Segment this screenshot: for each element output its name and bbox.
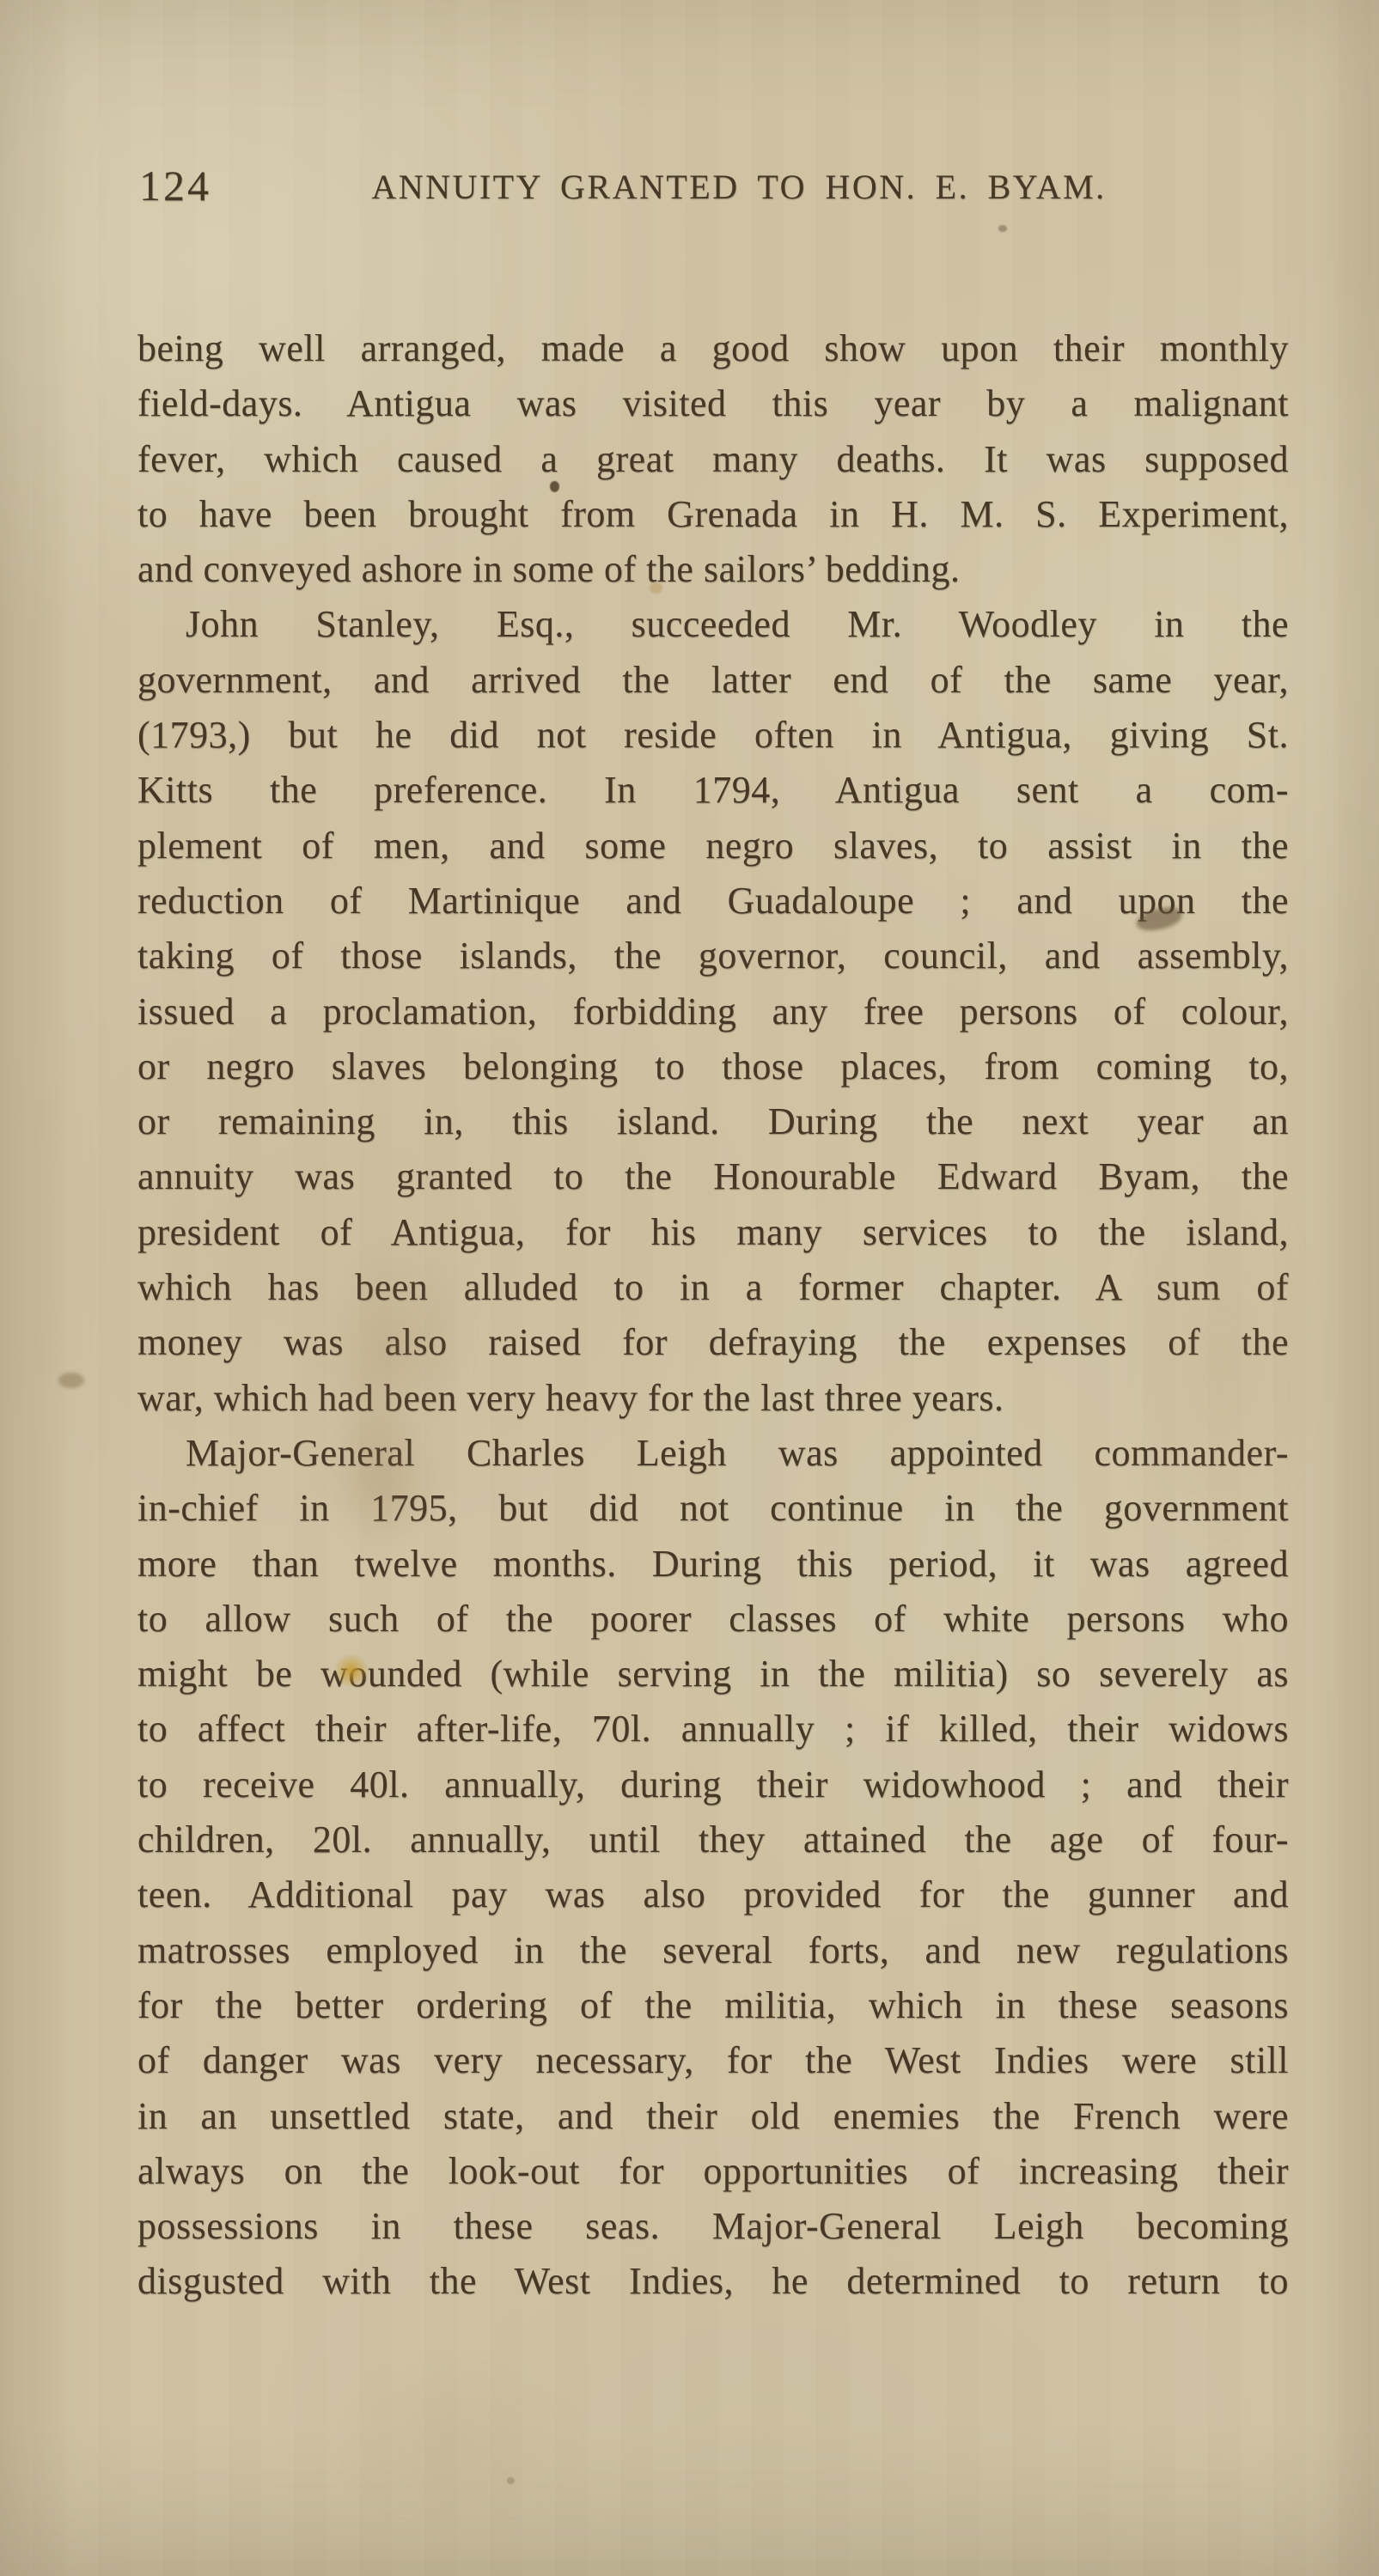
text-line: field-days. Antigua was visited this yea… bbox=[137, 376, 1289, 431]
text-line: fever, which caused a great many deaths.… bbox=[137, 432, 1289, 487]
text-line: John Stanley, Esq., succeeded Mr. Woodle… bbox=[137, 597, 1289, 652]
page-header: 124 ANNUITY GRANTED TO HON. E. BYAM. bbox=[137, 158, 1289, 220]
text-line: disgusted with the West Indies, he deter… bbox=[137, 2254, 1289, 2309]
text-line: and conveyed ashore in some of the sailo… bbox=[137, 542, 1289, 597]
text-line: of danger was very necessary, for the We… bbox=[137, 2033, 1289, 2088]
text-line: children, 20l. annually, until they atta… bbox=[137, 1812, 1289, 1867]
speck-top-right bbox=[998, 225, 1007, 232]
text-line: might be wounded (while serving in the m… bbox=[137, 1647, 1289, 1702]
text-line: government, and arrived the latter end o… bbox=[137, 653, 1289, 708]
text-line: being well arranged, made a good show up… bbox=[137, 321, 1289, 376]
text-line: or negro slaves belonging to those place… bbox=[137, 1039, 1289, 1094]
text-line: plement of men, and some negro slaves, t… bbox=[137, 819, 1289, 874]
text-line: war, which had been very heavy for the l… bbox=[137, 1371, 1289, 1426]
text-line: to receive 40l. annually, during their w… bbox=[137, 1757, 1289, 1812]
text-line: which has been alluded to in a former ch… bbox=[137, 1260, 1289, 1315]
text-line: president of Antigua, for his many servi… bbox=[137, 1205, 1289, 1260]
speck-bottom bbox=[507, 2477, 515, 2484]
scanned-book-page: 124 ANNUITY GRANTED TO HON. E. BYAM. bei… bbox=[0, 0, 1379, 2576]
text-line: annuity was granted to the Honourable Ed… bbox=[137, 1149, 1289, 1204]
text-line: (1793,) but he did not reside often in A… bbox=[137, 708, 1289, 763]
text-line: taking of those islands, the governor, c… bbox=[137, 929, 1289, 984]
text-line: matrosses employed in the several forts,… bbox=[137, 1923, 1289, 1978]
text-line: to allow such of the poorer classes of w… bbox=[137, 1592, 1289, 1647]
text-line: possessions in these seas. Major-General… bbox=[137, 2199, 1289, 2254]
margin-mark-left bbox=[58, 1373, 84, 1388]
page-number: 124 bbox=[139, 158, 211, 213]
text-line: in-chief in 1795, but did not continue i… bbox=[137, 1481, 1289, 1536]
text-line: teen. Additional pay was also provided f… bbox=[137, 1867, 1289, 1922]
text-line: for the better ordering of the militia, … bbox=[137, 1978, 1289, 2033]
paper-stain-bottom-wash bbox=[326, 2354, 584, 2525]
text-line: money was also raised for defraying the … bbox=[137, 1315, 1289, 1370]
text-line: Kitts the preference. In 1794, Antigua s… bbox=[137, 763, 1289, 818]
text-line: issued a proclamation, forbidding any fr… bbox=[137, 984, 1289, 1039]
running-header-title: ANNUITY GRANTED TO HON. E. BYAM. bbox=[137, 158, 1289, 216]
text-line: to have been brought from Grenada in H. … bbox=[137, 487, 1289, 542]
text-line: always on the look-out for opportunities… bbox=[137, 2144, 1289, 2199]
text-line: to affect their after-life, 70l. annuall… bbox=[137, 1702, 1289, 1757]
text-line: reduction of Martinique and Guadaloupe ;… bbox=[137, 874, 1289, 929]
text-line: or remaining in, this island. During the… bbox=[137, 1094, 1289, 1149]
body-text-block: being well arranged, made a good show up… bbox=[137, 321, 1289, 2310]
text-line: Major-General Charles Leigh was appointe… bbox=[137, 1426, 1289, 1481]
text-line: more than twelve months. During this per… bbox=[137, 1537, 1289, 1592]
text-line: in an unsettled state, and their old ene… bbox=[137, 2089, 1289, 2144]
